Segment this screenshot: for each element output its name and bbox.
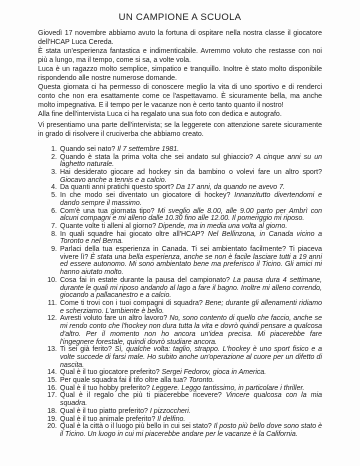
qa-text: Quante volte ti alleni al giorno? Dipend… xyxy=(57,223,322,231)
answer-text: Dipende, ma in media una volta al giorno… xyxy=(158,223,287,230)
question-text: Da quanti anni pratichi questo sport? xyxy=(60,184,174,191)
answer-text: I pizzoccheri. xyxy=(150,408,191,415)
answer-text: Leggere. Leggo tantissimo, in particolar… xyxy=(152,385,305,392)
question-number: 6. xyxy=(46,208,57,223)
qa-item: 1. Quando sei nato? Il 7 settembre 1981. xyxy=(46,146,322,154)
qa-list: 1. Quando sei nato? Il 7 settembre 1981.… xyxy=(38,146,322,439)
qa-text: Com'è una tua giornata tipo? Mi sveglio … xyxy=(57,208,322,223)
question-text: Per quale squadra fai il tifo oltre alla… xyxy=(60,377,187,384)
intro-paragraph: Questa giornata ci ha permesso di conosc… xyxy=(38,84,322,111)
question-text: Ti sei già ferito? xyxy=(60,346,112,353)
answer-text: Da 17 anni, da quando ne avevo 7. xyxy=(176,184,285,191)
qa-text: Quando sei nato? Il 7 settembre 1981. xyxy=(57,146,322,154)
question-number: 12. xyxy=(46,315,57,346)
qa-text: Avresti voluto fare un altro lavoro? No,… xyxy=(57,315,322,346)
qa-item: 5. In che modo sei diventato un giocator… xyxy=(46,192,322,207)
qa-item: 17. Qual è il regalo che più ti piacereb… xyxy=(46,392,322,407)
qa-item: 8. In quali squadre hai giocato oltre al… xyxy=(46,231,322,246)
qa-item: 2. Quando è stata la prima volta che sei… xyxy=(46,154,322,169)
question-text: Quando è stata la prima volta che sei an… xyxy=(60,154,253,161)
question-number: 11. xyxy=(46,300,57,315)
qa-item: 11. Come ti trovi con i tuoi compagni di… xyxy=(46,300,322,315)
qa-text: Parlaci della tua esperienza in Canada. … xyxy=(57,246,322,277)
qa-text: Qual è il tuo giocatore preferito? Serge… xyxy=(57,369,322,377)
question-number: 13. xyxy=(46,346,57,369)
question-number: 20. xyxy=(46,423,57,438)
question-text: Qual è il tuo piatto preferito? xyxy=(60,408,148,415)
question-text: Cosa fai in estate durante la pausa del … xyxy=(60,277,230,284)
qa-text: Qual è la città o il luogo più bello in … xyxy=(57,423,322,438)
question-number: 18. xyxy=(46,408,57,416)
question-text: In che modo sei diventato un giocatore d… xyxy=(60,192,230,199)
qa-item: 16. Qual è il tuo hobby preferito? Legge… xyxy=(46,385,322,393)
answer-text: Toronto. xyxy=(189,377,214,384)
question-number: 15. xyxy=(46,377,57,385)
question-number: 4. xyxy=(46,184,57,192)
qa-item: 15. Per quale squadra fai il tifo oltre … xyxy=(46,377,322,385)
question-text: Com'è una tua giornata tipo? xyxy=(60,208,155,215)
qa-item: 20. Qual è la città o il luogo più bello… xyxy=(46,423,322,438)
question-text: Qual è il regalo che più ti piacerebbe r… xyxy=(60,392,222,399)
qa-item: 12. Avresti voluto fare un altro lavoro?… xyxy=(46,315,322,346)
qa-text: In che modo sei diventato un giocatore d… xyxy=(57,192,322,207)
question-text: In quali squadre hai giocato oltre all'H… xyxy=(60,231,204,238)
question-number: 1. xyxy=(46,146,57,154)
question-number: 9. xyxy=(46,246,57,277)
question-number: 8. xyxy=(46,231,57,246)
document-page: UN CAMPIONE A SCUOLA Giovedì 17 novembre… xyxy=(0,0,360,466)
qa-text: Da quanti anni pratichi questo sport? Da… xyxy=(57,184,322,192)
question-number: 17. xyxy=(46,392,57,407)
answer-text: È stata una bella esperienza, anche se n… xyxy=(60,254,322,276)
qa-text: Qual è il tuo piatto preferito? I pizzoc… xyxy=(57,408,322,416)
question-text: Qual è la città o il luogo più bello in … xyxy=(60,423,212,430)
question-number: 16. xyxy=(46,385,57,393)
qa-item: 14. Qual è il tuo giocatore preferito? S… xyxy=(46,369,322,377)
intro-paragraph: Giovedì 17 novembre abbiamo avuto la for… xyxy=(38,30,322,48)
qa-item: 3. Hai desiderato giocare ad hockey sin … xyxy=(46,169,322,184)
answer-text: Giocavo anche a tennis e a calcio. xyxy=(60,177,167,184)
intro-paragraph: Alla fine dell'intervista Luca ci ha reg… xyxy=(38,111,322,120)
answer-text: Il delfino. xyxy=(157,416,185,423)
qa-text: Quando è stata la prima volta che sei an… xyxy=(57,154,322,169)
question-text: Quante volte ti alleni al giorno? xyxy=(60,223,156,230)
qa-item: 10. Cosa fai in estate durante la pausa … xyxy=(46,277,322,300)
intro-paragraph: Luca è un ragazzo molto semplice, simpat… xyxy=(38,66,322,84)
question-text: Qual è il tuo hobby preferito? xyxy=(60,385,150,392)
question-number: 14. xyxy=(46,369,57,377)
qa-item: 7. Quante volte ti alleni al giorno? Dip… xyxy=(46,223,322,231)
question-number: 7. xyxy=(46,223,57,231)
intro-paragraph: È stata un'esperienza fantastica e indim… xyxy=(38,48,322,66)
qa-text: Ti sei già ferito? Sì, qualche volta: ta… xyxy=(57,346,322,369)
question-text: Come ti trovi con i tuoi compagni di squ… xyxy=(60,300,203,307)
question-number: 5. xyxy=(46,192,57,207)
presentation-paragraph: Vi presentiamo una parte dell'intervista… xyxy=(38,121,322,139)
qa-text: Hai desiderato giocare ad hockey sin da … xyxy=(57,169,322,184)
qa-item: 19. Qual è il tuo animale preferito? Il … xyxy=(46,416,322,424)
qa-text: Qual è il regalo che più ti piacerebbe r… xyxy=(57,392,322,407)
qa-text: Come ti trovi con i tuoi compagni di squ… xyxy=(57,300,322,315)
qa-text: Per quale squadra fai il tifo oltre alla… xyxy=(57,377,322,385)
answer-text: Il 7 settembre 1981. xyxy=(117,146,179,153)
qa-item: 18. Qual è il tuo piatto preferito? I pi… xyxy=(46,408,322,416)
question-number: 10. xyxy=(46,277,57,300)
question-text: Qual è il tuo giocatore preferito? xyxy=(60,369,160,376)
intro-section: Giovedì 17 novembre abbiamo avuto la for… xyxy=(38,30,322,120)
qa-item: 13. Ti sei già ferito? Sì, qualche volta… xyxy=(46,346,322,369)
qa-item: 6. Com'è una tua giornata tipo? Mi svegl… xyxy=(46,208,322,223)
question-number: 3. xyxy=(46,169,57,184)
question-text: Qual è il tuo animale preferito? xyxy=(60,416,155,423)
qa-item: 4. Da quanti anni pratichi questo sport?… xyxy=(46,184,322,192)
qa-text: Qual è il tuo hobby preferito? Leggere. … xyxy=(57,385,322,393)
answer-text: Sergei Fedorov, gioca in America. xyxy=(162,369,267,376)
page-title: UN CAMPIONE A SCUOLA xyxy=(38,12,322,23)
qa-text: Cosa fai in estate durante la pausa del … xyxy=(57,277,322,300)
qa-text: Qual è il tuo animale preferito? Il delf… xyxy=(57,416,322,424)
qa-item: 9. Parlaci della tua esperienza in Canad… xyxy=(46,246,322,277)
question-text: Quando sei nato? xyxy=(60,146,115,153)
question-number: 2. xyxy=(46,154,57,169)
question-text: Avresti voluto fare un altro lavoro? xyxy=(60,315,167,322)
question-text: Hai desiderato giocare ad hockey sin da … xyxy=(60,169,322,176)
qa-text: In quali squadre hai giocato oltre all'H… xyxy=(57,231,322,246)
question-number: 19. xyxy=(46,416,57,424)
